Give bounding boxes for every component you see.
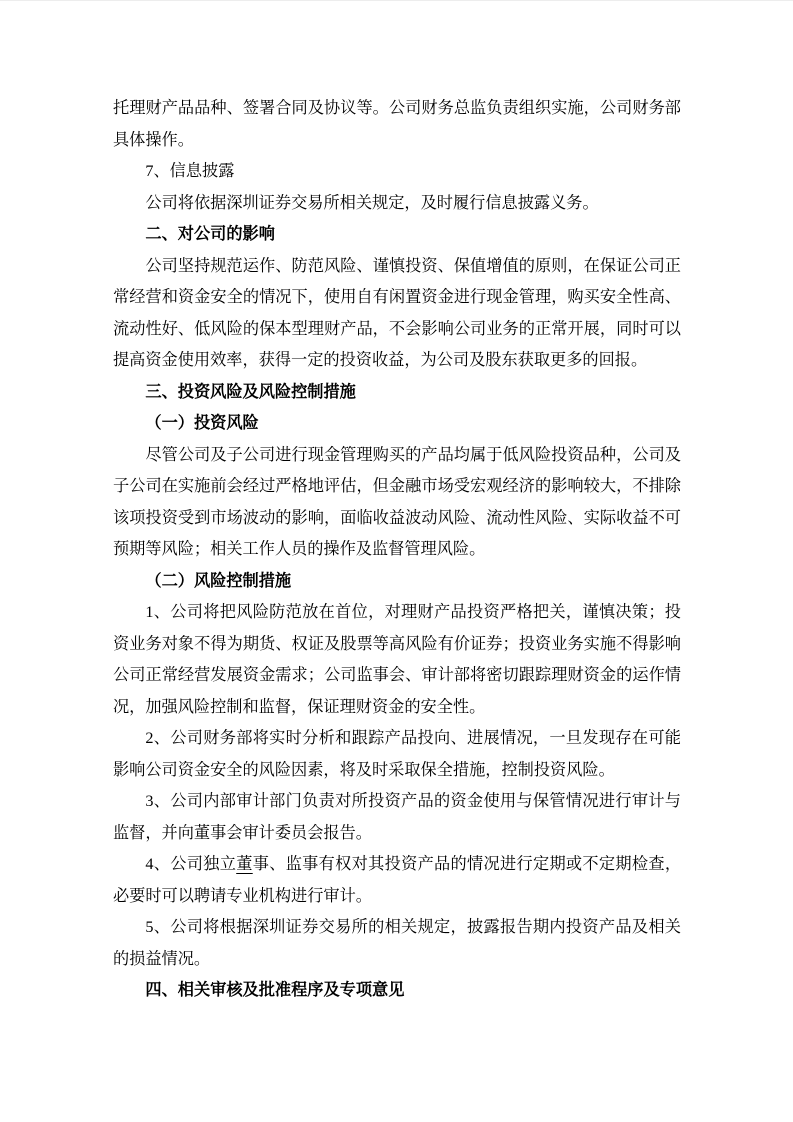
document-page: 托理财产品品种、签署合同及协议等。公司财务总监负责组织实施，公司财务部具体操作。… [0, 1, 793, 1122]
paragraph-risk-control-1: 1、公司将把风险防范放在首位，对理财产品投资严格把关，谨慎决策；投资业务对象不得… [113, 597, 681, 723]
paragraph-risk-control-2: 2、公司财务部将实时分析和跟踪产品投向、进展情况，一旦发现存在可能影响公司资金安… [113, 723, 681, 786]
item-7-info-disclosure-title: 7、信息披露 [113, 156, 681, 188]
paragraph-risk-control-3: 3、公司内部审计部门负责对所投资产品的资金使用与保管情况进行审计与监督，并向董事… [113, 786, 681, 849]
paragraph-investment-risk: 尽管公司及子公司进行现金管理购买的产品均属于低风险投资品种，公司及子公司在实施前… [113, 440, 681, 566]
paragraph-risk-control-5: 5、公司将根据深圳证券交易所的相关规定，披露报告期内投资产品及相关的损益情况。 [113, 912, 681, 975]
heading-subsection-two-risk-control: （二）风险控制措施 [113, 566, 681, 598]
paragraph-info-disclosure: 公司将依据深圳证券交易所相关规定，及时履行信息披露义务。 [113, 188, 681, 220]
paragraph-risk-control-4: 4、公司独立董事、监事有权对其投资产品的情况进行定期或不定期检查，必要时可以聘请… [113, 849, 681, 912]
heading-section-three-risks-and-controls: 三、投资风险及风险控制措施 [113, 377, 681, 409]
paragraph-company-impact: 公司坚持规范运作、防范风险、谨慎投资、保值增值的原则，在保证公司正常经营和资金安… [113, 251, 681, 377]
underlined-char: 董 [236, 855, 253, 873]
risk-control-4-prefix: 4、公司独立 [145, 855, 236, 873]
paragraph-entrust-products-continuation: 托理财产品品种、签署合同及协议等。公司财务总监负责组织实施，公司财务部具体操作。 [113, 93, 681, 156]
heading-section-four-approval-procedures: 四、相关审核及批准程序及专项意见 [113, 975, 681, 1007]
heading-subsection-one-investment-risk: （一）投资风险 [113, 408, 681, 440]
heading-section-two-company-impact: 二、对公司的影响 [113, 219, 681, 251]
